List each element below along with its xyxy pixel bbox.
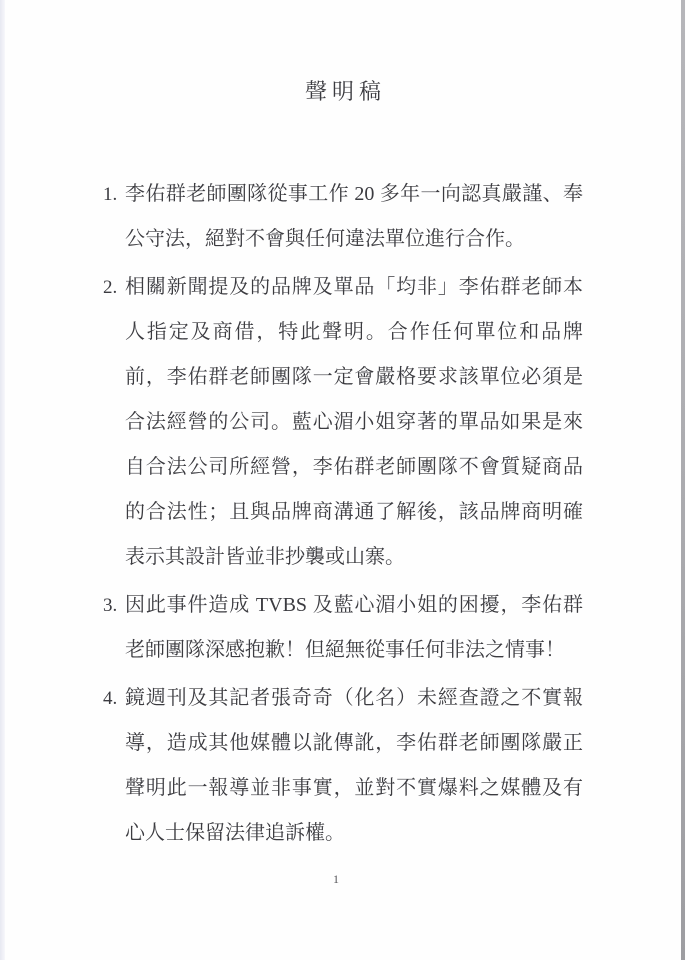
document-title: 聲明稿: [0, 76, 686, 108]
item-text: 鏡週刊及其記者張奇奇（化名）未經查證之不實報導，造成其他媒體以訛傳訛，李佑群老師…: [125, 676, 583, 856]
statement-page: 聲明稿 1. 李佑群老師團隊從事工作 20 多年一向認真嚴謹、奉公守法，絕對不會…: [0, 0, 686, 960]
statement-item-3: 3. 因此事件造成 TVBS 及藍心湄小姐的困擾，李佑群老師團隊深感抱歉！但絕無…: [103, 583, 686, 673]
item-text: 李佑群老師團隊從事工作 20 多年一向認真嚴謹、奉公守法，絕對不會與任何違法單位…: [125, 172, 583, 262]
statement-item-1: 1. 李佑群老師團隊從事工作 20 多年一向認真嚴謹、奉公守法，絕對不會與任何違…: [103, 172, 686, 262]
statement-item-4: 4. 鏡週刊及其記者張奇奇（化名）未經查證之不實報導，造成其他媒體以訛傳訛，李佑…: [103, 676, 686, 856]
item-number: 2.: [103, 265, 125, 310]
item-text: 相關新聞提及的品牌及單品「均非」李佑群老師本人指定及商借，特此聲明。合作任何單位…: [125, 265, 583, 580]
item-number: 3.: [103, 583, 125, 628]
item-number: 4.: [103, 676, 125, 721]
item-number: 1.: [103, 172, 125, 217]
statement-item-2: 2. 相關新聞提及的品牌及單品「均非」李佑群老師本人指定及商借，特此聲明。合作任…: [103, 265, 686, 580]
item-text: 因此事件造成 TVBS 及藍心湄小姐的困擾，李佑群老師團隊深感抱歉！但絕無從事任…: [125, 583, 583, 673]
statement-list: 1. 李佑群老師團隊從事工作 20 多年一向認真嚴謹、奉公守法，絕對不會與任何違…: [0, 172, 686, 856]
page-number: 1: [0, 872, 672, 887]
